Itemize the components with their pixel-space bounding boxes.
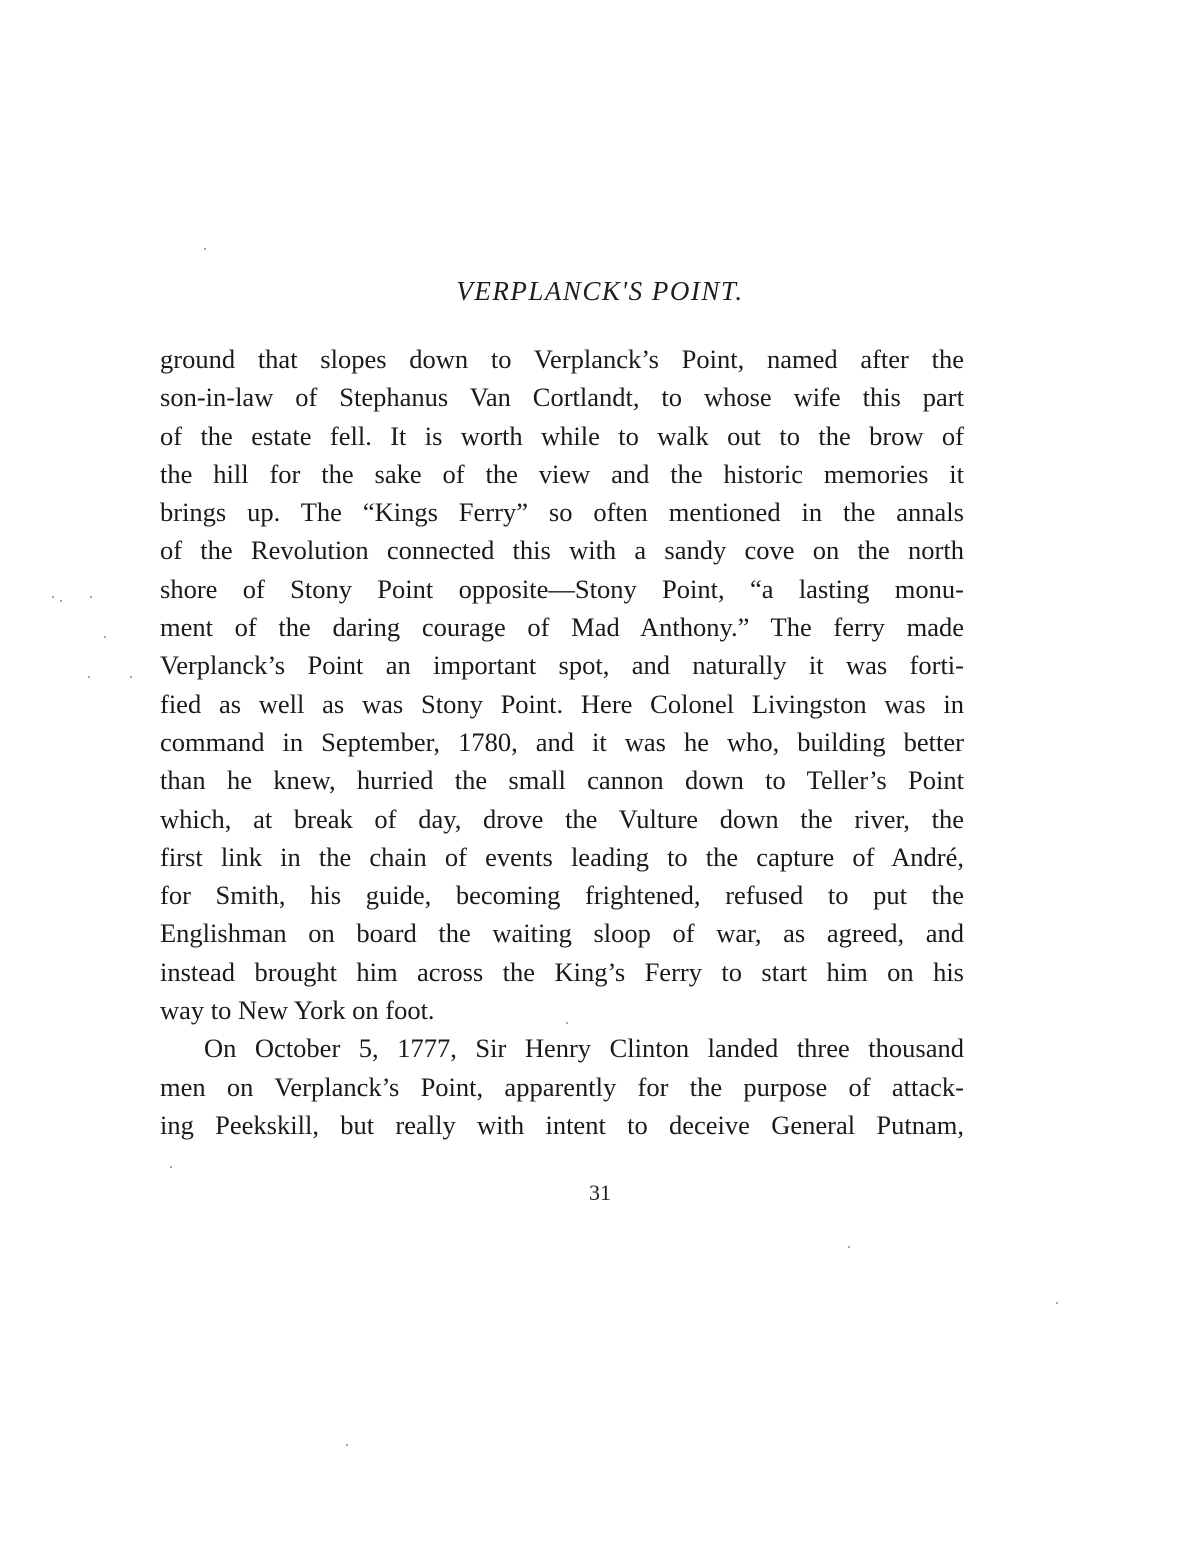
text-line: way to New York on foot. — [160, 991, 964, 1029]
scan-speck — [170, 1166, 172, 1168]
scan-speck — [130, 676, 132, 678]
book-page: VERPLANCK'S POINT. ground that slopes do… — [0, 0, 1200, 1568]
text-line: of the Revolution connected this with a … — [160, 531, 964, 569]
text-line: the hill for the sake of the view and th… — [160, 455, 964, 493]
text-line: On October 5, 1777, Sir Henry Clinton la… — [160, 1029, 964, 1067]
scan-speck — [204, 248, 206, 250]
text-line: first link in the chain of events leadin… — [160, 838, 964, 876]
text-line: which, at break of day, drove the Vultur… — [160, 800, 964, 838]
text-line: than he knew, hurried the small cannon d… — [160, 761, 964, 799]
running-head: VERPLANCK'S POINT. — [0, 276, 1200, 307]
paragraph-1: ground that slopes down to Verplanck’s P… — [160, 340, 964, 1029]
paragraph-2: On October 5, 1777, Sir Henry Clinton la… — [160, 1029, 964, 1144]
scan-speck — [52, 596, 54, 598]
page-number: 31 — [0, 1180, 1200, 1206]
text-line: command in September, 1780, and it was h… — [160, 723, 964, 761]
body-text: ground that slopes down to Verplanck’s P… — [160, 340, 964, 1144]
text-line: ing Peekskill, but really with intent to… — [160, 1106, 964, 1144]
text-line: son-in-law of Stephanus Van Cortlandt, t… — [160, 378, 964, 416]
text-line: ground that slopes down to Verplanck’s P… — [160, 340, 964, 378]
text-line: instead brought him across the King’s Fe… — [160, 953, 964, 991]
text-line: men on Verplanck’s Point, apparently for… — [160, 1068, 964, 1106]
text-line: Englishman on board the waiting sloop of… — [160, 914, 964, 952]
text-line: Verplanck’s Point an important spot, and… — [160, 646, 964, 684]
text-line: ment of the daring courage of Mad Anthon… — [160, 608, 964, 646]
scan-speck — [104, 636, 106, 638]
scan-speck — [566, 1022, 568, 1024]
scan-speck — [1056, 1302, 1058, 1304]
scan-speck — [60, 600, 62, 602]
text-line: fied as well as was Stony Point. Here Co… — [160, 685, 964, 723]
scan-speck — [90, 596, 92, 598]
text-line: of the estate fell. It is worth while to… — [160, 417, 964, 455]
scan-speck — [346, 1444, 348, 1446]
text-line: for Smith, his guide, becoming frightene… — [160, 876, 964, 914]
scan-speck — [848, 1246, 850, 1248]
scan-speck — [88, 676, 90, 678]
text-line: shore of Stony Point opposite—Stony Poin… — [160, 570, 964, 608]
text-line: brings up. The “Kings Ferry” so often me… — [160, 493, 964, 531]
